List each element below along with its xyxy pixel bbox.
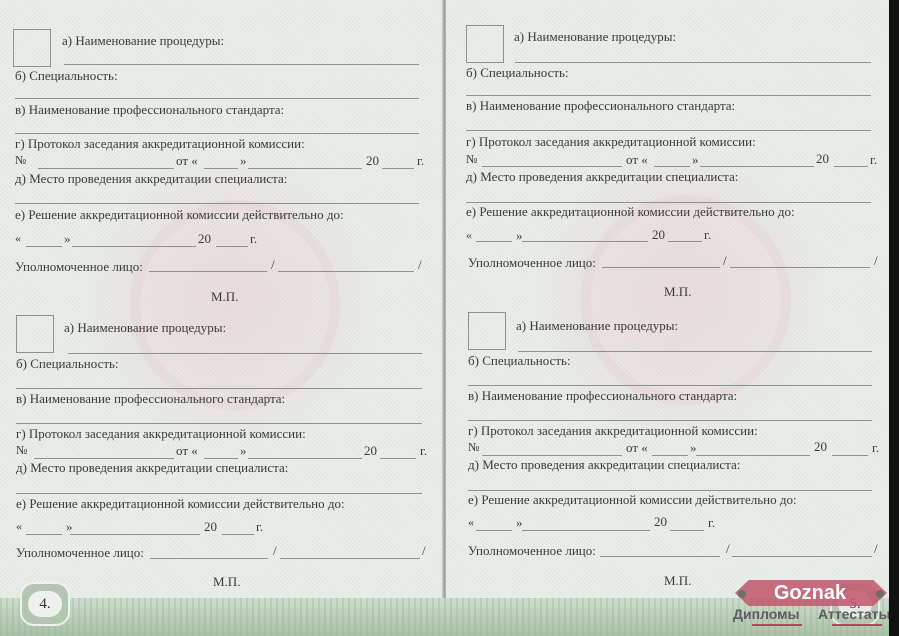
place-label: д) Место проведения аккредитации специал… (15, 171, 287, 187)
close-quote: » (64, 231, 71, 247)
signature-line[interactable] (602, 267, 720, 268)
decision-year-line[interactable] (668, 241, 702, 242)
procedure-line[interactable] (64, 64, 419, 65)
protocol-label: г) Протокол заседания аккредитационной к… (468, 423, 758, 439)
accreditation-entry: а) Наименование процедуры: б) Специально… (0, 300, 443, 590)
procedure-line[interactable] (68, 353, 422, 354)
protocol-year-line[interactable] (380, 458, 416, 459)
procedure-line[interactable] (518, 351, 872, 352)
specialty-line[interactable] (15, 98, 419, 99)
decision-day-line[interactable] (476, 530, 512, 531)
year-suffix: г. (872, 440, 879, 456)
number-sign: № (468, 440, 479, 455)
protocol-month-line[interactable] (696, 455, 810, 456)
open-quote: « (15, 231, 21, 246)
authorized-label: Уполномоченное лицо: (468, 543, 596, 559)
protocol-label: г) Протокол заседания аккредитационной к… (16, 426, 306, 442)
standard-label: в) Наименование профессионального станда… (16, 391, 285, 407)
year-suffix: г. (256, 519, 263, 535)
procedure-line[interactable] (515, 62, 871, 63)
year-prefix: 20 (652, 227, 665, 243)
link-certificates[interactable]: Аттестаты (818, 606, 890, 622)
year-prefix: 20 (816, 151, 829, 167)
open-quote: « (466, 228, 472, 243)
procedure-label: а) Наименование процедуры: (62, 33, 224, 49)
year-prefix: 20 (814, 439, 827, 455)
protocol-day-line[interactable] (652, 455, 688, 456)
slash: / (418, 257, 422, 273)
document-spread: а) Наименование процедуры: б) Специально… (0, 0, 889, 636)
place-line[interactable] (468, 490, 872, 491)
decision-label: е) Решение аккредитационной комиссии дей… (466, 204, 795, 220)
specialty-line[interactable] (16, 388, 422, 389)
slash: / (723, 253, 727, 269)
procedure-label: а) Наименование процедуры: (64, 320, 226, 336)
year-prefix: 20 (198, 231, 211, 247)
specialty-label: б) Специальность: (15, 68, 118, 84)
protocol-month-line[interactable] (248, 168, 362, 169)
decision-month-line[interactable] (522, 241, 648, 242)
decision-day-line[interactable] (26, 246, 62, 247)
protocol-day-line[interactable] (204, 458, 238, 459)
decision-year-line[interactable] (670, 530, 704, 531)
standard-line[interactable] (15, 133, 419, 134)
place-line[interactable] (15, 203, 419, 204)
protocol-day-line[interactable] (654, 166, 690, 167)
protocol-year-line[interactable] (834, 166, 868, 167)
page-number: 4. (28, 591, 62, 617)
year-suffix: г. (870, 152, 877, 168)
stamp-box (468, 312, 506, 350)
page-left: а) Наименование процедуры: б) Специально… (0, 0, 443, 636)
decision-day-line[interactable] (476, 241, 512, 242)
authorized-label: Уполномоченное лицо: (16, 545, 144, 561)
goznak-logo: Goznak (760, 582, 860, 605)
slash: / (422, 543, 426, 559)
protocol-day-line[interactable] (204, 168, 238, 169)
year-suffix: г. (417, 153, 424, 169)
decision-month-line[interactable] (70, 534, 200, 535)
standard-line[interactable] (466, 130, 871, 131)
year-prefix: 20 (654, 514, 667, 530)
place-label: д) Место проведения аккредитации специал… (468, 457, 740, 473)
decision-month-line[interactable] (522, 530, 650, 531)
protocol-label: г) Протокол заседания аккредитационной к… (466, 134, 756, 150)
close-quote: » (692, 152, 699, 168)
specialty-label: б) Специальность: (468, 353, 571, 369)
slash: / (271, 257, 275, 273)
accreditation-entry: а) Наименование процедуры: б) Специально… (446, 0, 889, 290)
name-line[interactable] (280, 558, 420, 559)
number-sign: № (15, 153, 26, 168)
specialty-label: б) Специальность: (466, 65, 569, 81)
slash: / (874, 253, 878, 269)
link-underline (832, 624, 882, 626)
year-suffix: г. (704, 227, 711, 243)
specialty-line[interactable] (468, 385, 872, 386)
decision-label: е) Решение аккредитационной комиссии дей… (15, 207, 344, 223)
decision-year-line[interactable] (222, 534, 254, 535)
stamp-box (466, 25, 504, 63)
decision-label: е) Решение аккредитационной комиссии дей… (16, 496, 345, 512)
stamp-box (16, 315, 54, 353)
close-quote: » (690, 440, 697, 456)
name-line[interactable] (278, 271, 414, 272)
close-quote: » (516, 515, 523, 531)
protocol-number-line[interactable] (482, 166, 622, 167)
protocol-month-line[interactable] (700, 166, 814, 167)
decision-year-line[interactable] (216, 246, 248, 247)
decision-month-line[interactable] (72, 246, 196, 247)
scan-edge (889, 0, 899, 636)
protocol-month-line[interactable] (248, 458, 362, 459)
seal-label: М.П. (213, 574, 240, 590)
standard-label: в) Наименование профессионального станда… (468, 388, 737, 404)
link-diplomas[interactable]: Дипломы (733, 606, 799, 622)
specialty-line[interactable] (466, 95, 871, 96)
signature-line[interactable] (600, 556, 720, 557)
number-sign: № (466, 152, 477, 167)
decision-label: е) Решение аккредитационной комиссии дей… (468, 492, 797, 508)
procedure-label: а) Наименование процедуры: (516, 318, 678, 334)
banner-dot-icon (738, 590, 746, 598)
year-suffix: г. (420, 443, 427, 459)
signature-line[interactable] (149, 271, 267, 272)
protocol-number-line[interactable] (34, 458, 174, 459)
page-number-badge: 4. (20, 582, 70, 626)
protocol-year-line[interactable] (382, 168, 414, 169)
year-suffix: г. (708, 515, 715, 531)
from-label: от « (626, 152, 648, 168)
year-prefix: 20 (364, 443, 377, 459)
slash: / (726, 541, 730, 557)
signature-line[interactable] (150, 558, 268, 559)
name-line[interactable] (732, 556, 872, 557)
number-sign: № (16, 443, 27, 458)
standard-label: в) Наименование профессионального станда… (15, 102, 284, 118)
place-line[interactable] (16, 493, 422, 494)
seal-label: М.П. (664, 284, 691, 300)
open-quote: « (468, 515, 474, 530)
from-label: от « (176, 443, 198, 459)
protocol-label: г) Протокол заседания аккредитационной к… (15, 136, 305, 152)
name-line[interactable] (730, 267, 870, 268)
standard-label: в) Наименование профессионального станда… (466, 98, 735, 114)
year-suffix: г. (250, 231, 257, 247)
year-prefix: 20 (366, 153, 379, 169)
place-line[interactable] (466, 202, 871, 203)
seal-label: М.П. (664, 573, 691, 589)
standard-line[interactable] (16, 423, 422, 424)
stamp-box (13, 29, 51, 67)
banner-dot-icon (876, 590, 884, 598)
protocol-number-line[interactable] (38, 168, 174, 169)
procedure-label: а) Наименование процедуры: (514, 29, 676, 45)
authorized-label: Уполномоченное лицо: (468, 255, 596, 271)
page-right: а) Наименование процедуры: б) Специально… (446, 0, 889, 636)
close-quote: » (240, 443, 247, 459)
from-label: от « (176, 153, 198, 169)
place-label: д) Место проведения аккредитации специал… (16, 460, 288, 476)
link-underline (752, 624, 802, 626)
protocol-number-line[interactable] (482, 455, 622, 456)
slash: / (874, 541, 878, 557)
open-quote: « (16, 519, 22, 534)
authorized-label: Уполномоченное лицо: (15, 259, 143, 275)
close-quote: » (66, 519, 73, 535)
from-label: от « (626, 440, 648, 456)
slash: / (273, 543, 277, 559)
close-quote: » (240, 153, 247, 169)
place-label: д) Место проведения аккредитации специал… (466, 169, 738, 185)
specialty-label: б) Специальность: (16, 356, 119, 372)
accreditation-entry: а) Наименование процедуры: б) Специально… (0, 0, 443, 290)
standard-line[interactable] (468, 420, 872, 421)
protocol-year-line[interactable] (832, 455, 868, 456)
decision-day-line[interactable] (26, 534, 62, 535)
year-prefix: 20 (204, 519, 217, 535)
accreditation-entry: а) Наименование процедуры: б) Специально… (446, 300, 889, 590)
